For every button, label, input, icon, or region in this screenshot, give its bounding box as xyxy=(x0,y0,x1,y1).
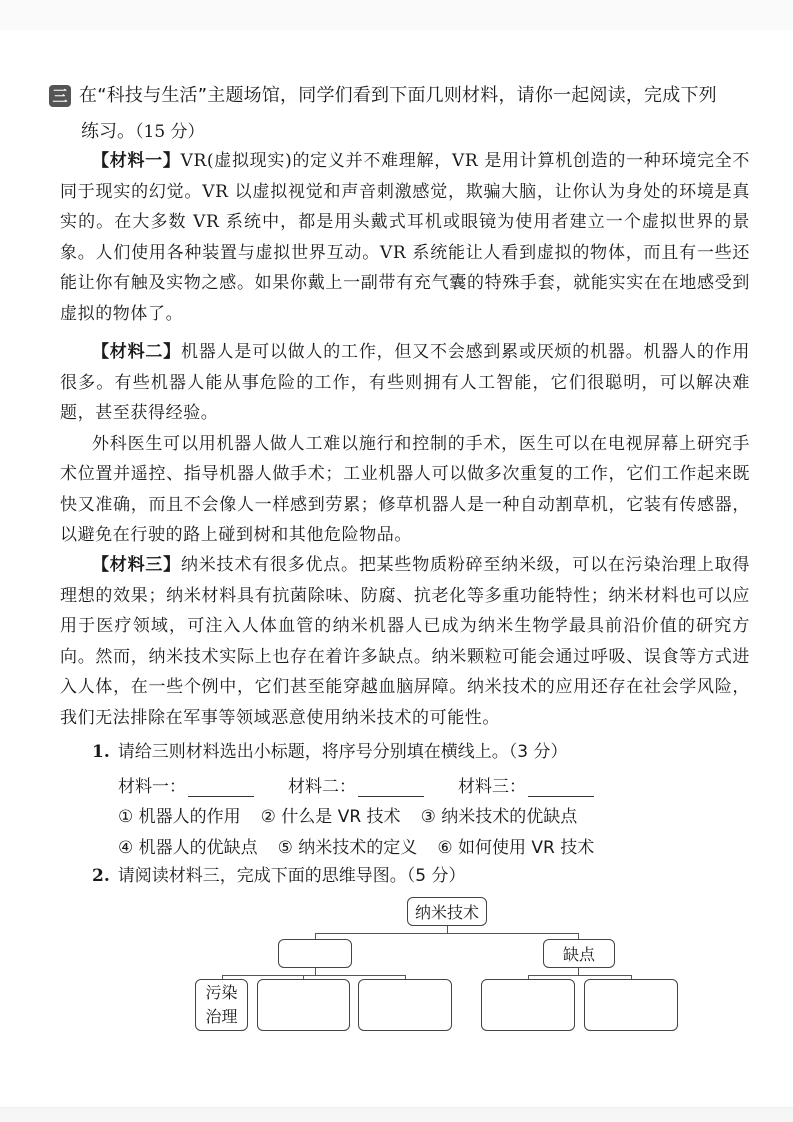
material-1-text: VR(虚拟现实)的定义并不难理解，VR 是用计算机创造的一种环境完全不同于现实的… xyxy=(60,151,750,324)
connector xyxy=(528,975,631,976)
question-2: 2.请阅读材料三，完成下面的思维导图。（5 分） xyxy=(92,861,465,891)
options-row-2: ④ 机器人的优缺点 ⑤ 纳米技术的定义 ⑥ 如何使用 VR 技术 xyxy=(118,833,594,858)
scan-bottom-edge xyxy=(0,1107,793,1122)
blank-material-1: 材料一： xyxy=(118,772,254,797)
option-6: ⑥ 如何使用 VR 技术 xyxy=(437,833,594,858)
answer-blank-2[interactable] xyxy=(358,778,424,797)
section-title-line1: 在“科技与生活”主题场馆，同学们看到下面几则材料，请你一起阅读，完成下列 xyxy=(79,82,759,110)
leaf-pollution-control: 污染 治理 xyxy=(195,979,248,1031)
leaf-disadvantage-2[interactable] xyxy=(584,979,678,1031)
connector xyxy=(315,933,578,934)
material-1: 【材料一】VR(虚拟现实)的定义并不难理解，VR 是用计算机创造的一种环境完全不… xyxy=(60,146,750,329)
connector xyxy=(578,968,579,975)
option-4: ④ 机器人的优缺点 xyxy=(118,833,258,858)
material-2-paragraph-2: 外科医生可以用机器人做人工难以施行和控制的手术，医生可以在电视屏幕上研究手术位置… xyxy=(60,429,750,551)
material-2-paragraph-1: 【材料二】机器人是可以做人的工作，但又不会感到累或厌烦的机器。机器人的作用很多。… xyxy=(60,337,750,429)
blank-label: 材料一： xyxy=(118,772,186,797)
option-5: ⑤ 纳米技术的定义 xyxy=(278,833,418,858)
material-3-paragraph: 【材料三】纳米技术有很多优点。把某些物质粉碎至纳米级，可以在污染治理上取得理想的… xyxy=(60,550,750,733)
mind-map-root: 纳米技术 xyxy=(407,897,487,926)
section-title-line2: 练习。（15 分） xyxy=(81,118,205,146)
material-2-tag: 【材料二】 xyxy=(92,342,181,362)
section-points: （15 分） xyxy=(135,122,205,142)
blank-label: 材料二： xyxy=(288,772,356,797)
question-2-text: 请阅读材料三，完成下面的思维导图。（5 分） xyxy=(118,866,466,886)
leaf-advantage-3[interactable] xyxy=(358,979,452,1031)
material-2-text-2: 外科医生可以用机器人做人工难以施行和控制的手术，医生可以在电视屏幕上研究手术位置… xyxy=(60,434,750,546)
material-3-tag: 【材料三】 xyxy=(92,555,181,575)
blank-material-2: 材料二： xyxy=(288,772,424,797)
blank-label: 材料三： xyxy=(458,772,526,797)
options-row-1: ① 机器人的作用 ② 什么是 VR 技术 ③ 纳米技术的优缺点 xyxy=(118,802,577,827)
answer-blank-1[interactable] xyxy=(188,778,254,797)
material-3: 【材料三】纳米技术有很多优点。把某些物质粉碎至纳米级，可以在污染治理上取得理想的… xyxy=(60,550,750,733)
question-1-text: 请给三则材料选出小标题，将序号分别填在横线上。（3 分） xyxy=(118,742,568,762)
connector xyxy=(447,926,448,933)
question-2-number: 2. xyxy=(92,866,110,886)
question-1: 1.请给三则材料选出小标题，将序号分别填在横线上。（3 分） xyxy=(92,737,567,767)
question-1-number: 1. xyxy=(92,742,110,762)
disadvantages-label: 缺点 xyxy=(563,942,595,965)
mind-map-advantages-box[interactable] xyxy=(278,939,352,968)
mind-map-disadvantages-box: 缺点 xyxy=(543,939,615,968)
connector xyxy=(315,968,316,975)
material-1-tag: 【材料一】 xyxy=(92,151,181,171)
question-1-blanks: 材料一： 材料二： 材料三： xyxy=(118,772,594,797)
leaf-disadvantage-1[interactable] xyxy=(481,979,575,1031)
material-2: 【材料二】机器人是可以做人的工作，但又不会感到累或厌烦的机器。机器人的作用很多。… xyxy=(60,337,750,551)
option-1: ① 机器人的作用 xyxy=(118,802,241,827)
material-1-paragraph: 【材料一】VR(虚拟现实)的定义并不难理解，VR 是用计算机创造的一种环境完全不… xyxy=(60,146,750,329)
leaf-label: 污染 治理 xyxy=(205,981,237,1029)
section-number-icon: 三 xyxy=(49,85,71,107)
blank-material-3: 材料三： xyxy=(458,772,594,797)
section-title-tail: 练习。 xyxy=(81,121,135,142)
answer-blank-3[interactable] xyxy=(528,778,594,797)
connector xyxy=(222,975,405,976)
scan-top-edge xyxy=(0,0,793,30)
material-3-text: 纳米技术有很多优点。把某些物质粉碎至纳米级，可以在污染治理上取得理想的效果；纳米… xyxy=(60,555,750,728)
mind-map-root-label: 纳米技术 xyxy=(415,900,479,923)
option-2: ② 什么是 VR 技术 xyxy=(261,802,401,827)
leaf-advantage-2[interactable] xyxy=(257,979,350,1031)
option-3: ③ 纳米技术的优缺点 xyxy=(421,802,578,827)
